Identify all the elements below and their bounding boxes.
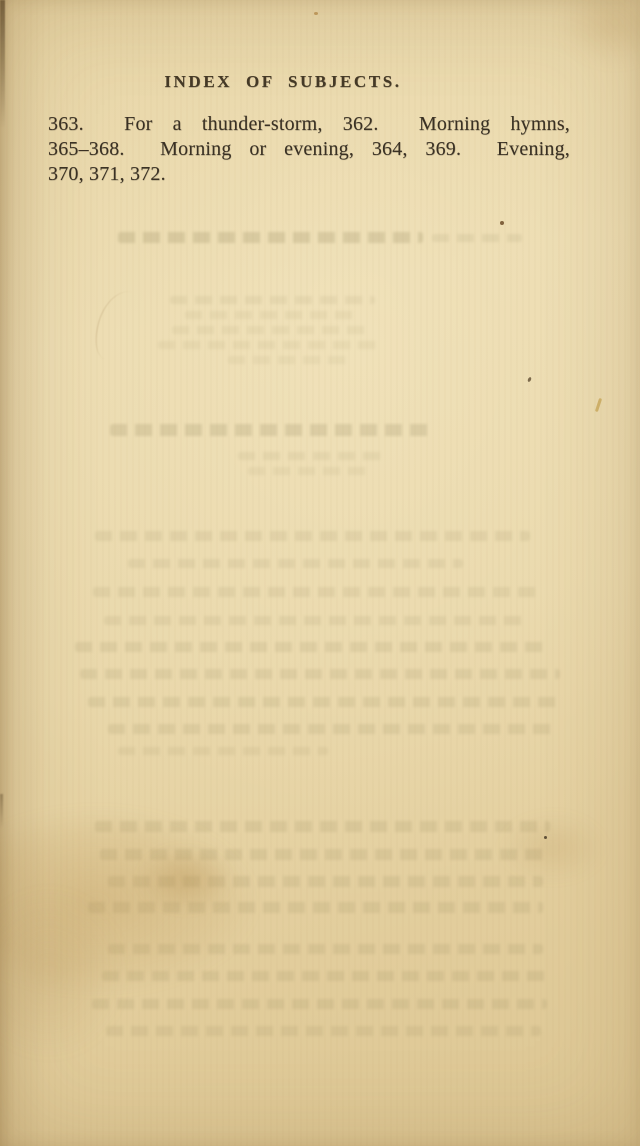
- ghost-text-smudge: [228, 356, 353, 364]
- ghost-text-smudge: [92, 999, 547, 1009]
- ghost-text-smudge: [88, 697, 563, 707]
- index-entry-line: 370, 371, 372.: [48, 162, 570, 187]
- ghost-text-smudge: [102, 971, 547, 981]
- ghost-text-smudge: [100, 849, 545, 860]
- stain-right-middle: [478, 800, 628, 895]
- ghost-text-smudge: [108, 724, 553, 734]
- index-paragraph: 363. For a thunder-storm, 362. Morning h…: [48, 112, 570, 187]
- ghost-text-smudge: [238, 452, 388, 460]
- ghost-text-smudge: [108, 944, 543, 954]
- ghost-text-smudge: [158, 341, 383, 349]
- paper-speck: [544, 836, 547, 839]
- ghost-text-smudge: [106, 1026, 541, 1036]
- ghost-text-smudge: [432, 234, 522, 242]
- index-entry-line: 365–368. Morning or evening, 364, 369. E…: [48, 137, 570, 162]
- stain-bottom-left: [0, 798, 330, 1043]
- ghost-text-smudge: [95, 531, 530, 541]
- stain-bottom-left-blob: [118, 833, 253, 925]
- paper-speck: [314, 12, 318, 15]
- ghost-text-smudge: [172, 326, 367, 334]
- ghost-text-smudge: [128, 559, 463, 568]
- ghost-text-smudge: [93, 587, 538, 597]
- stain-top-right: [540, 0, 640, 80]
- ghost-text-smudge: [104, 616, 529, 625]
- book-page-scan: INDEX OF SUBJECTS. 363. For a thunder-st…: [0, 0, 640, 1146]
- ghost-text-smudge: [118, 747, 328, 755]
- book-edge-shadow-top-left: [0, 0, 5, 128]
- ghost-text-smudge: [185, 311, 355, 319]
- ghost-text-smudge: [108, 876, 543, 887]
- ghost-text-smudge: [110, 424, 435, 436]
- ghost-text-smudge: [170, 296, 375, 304]
- ghost-text-smudge: [88, 902, 543, 913]
- paper-speck: [500, 221, 504, 225]
- ghost-text-smudge: [80, 669, 560, 679]
- paper-speck: [527, 377, 532, 383]
- ghost-text-smudge: [248, 467, 373, 475]
- book-edge-shadow-left-lower: [0, 794, 3, 828]
- page-title: INDEX OF SUBJECTS.: [22, 72, 544, 92]
- ghost-text-smudge: [95, 821, 550, 832]
- paper-fiber: [595, 398, 602, 412]
- ghost-text-smudge: [118, 232, 423, 243]
- index-entry-line: 363. For a thunder-storm, 362. Morning h…: [48, 112, 570, 137]
- stain-bottom-left-tail: [0, 858, 175, 1088]
- paper-scratch: [89, 285, 150, 366]
- ghost-text-smudge: [75, 642, 550, 652]
